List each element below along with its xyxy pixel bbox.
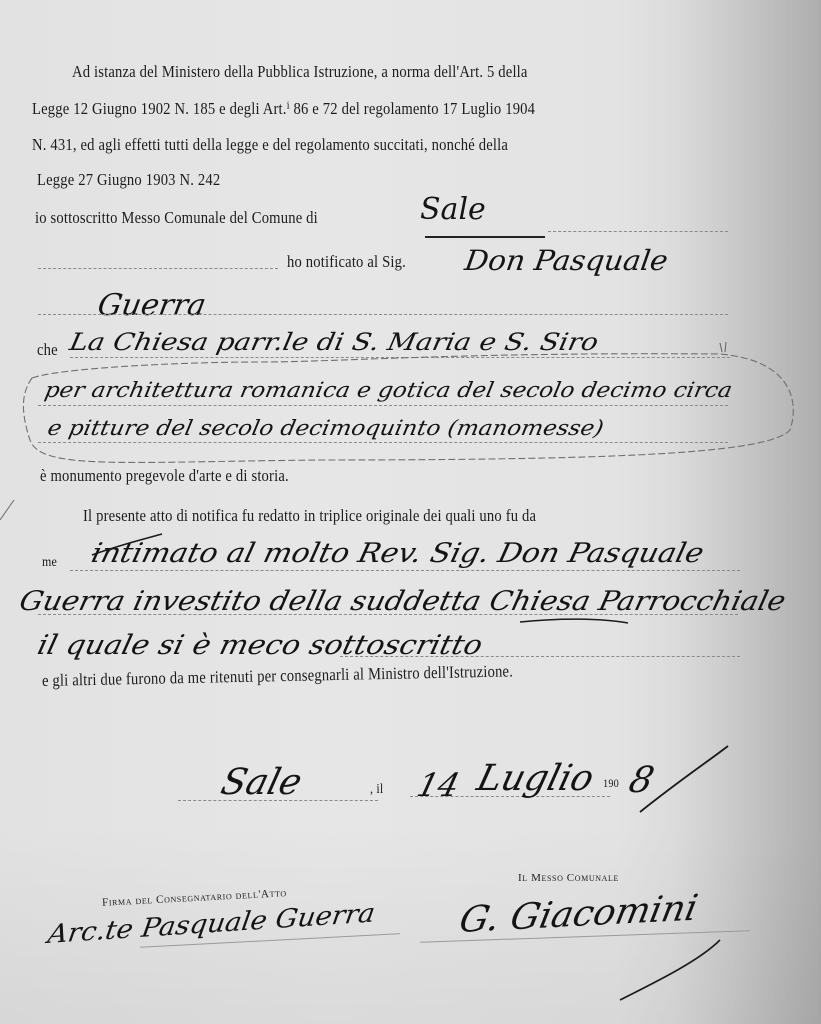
handwritten-me-line2: Guerra investito della suddetta Chiesa P… — [16, 586, 788, 617]
printed-date-il: , il — [370, 782, 383, 798]
messenger-signature-label: Il Messo Comunale — [518, 872, 619, 884]
me-rule-2 — [38, 614, 738, 615]
printed-line-8: Il presente atto di notifica fu redatto … — [83, 506, 536, 526]
printed-me: me — [42, 555, 57, 571]
printed-line-1: Ad istanza del Ministero della Pubblica … — [72, 62, 528, 82]
printed-line-3: N. 431, ed agli effetti tutti della legg… — [32, 135, 508, 155]
handwritten-comune: Sale — [420, 192, 486, 227]
handwritten-date-day: 14 — [413, 766, 463, 804]
handwritten-che-line1: La Chiesa parr.le di S. Maria e S. Siro — [67, 328, 601, 356]
che-rule-2 — [38, 405, 728, 406]
handwritten-che-line3: e pitture del secolo decimoquinto (manom… — [46, 416, 606, 440]
printed-line-6: ho notificato al Sig. — [287, 252, 406, 272]
paper-edge-shadow — [671, 0, 821, 1024]
handwritten-sig-line2: Guerra — [95, 288, 209, 323]
printed-line-9: e gli altri due furono da me ritenuti pe… — [42, 661, 513, 691]
me-rule-1 — [70, 570, 740, 571]
printed-line-7: è monumento pregevole d'arte e di storia… — [40, 466, 289, 486]
printed-line-4: Legge 27 Giugno 1903 N. 242 — [37, 170, 220, 190]
printed-date-year-prefix: 190 — [603, 776, 619, 791]
comune-rule — [548, 231, 728, 232]
sig-rule — [38, 314, 728, 315]
comune-underline — [425, 236, 545, 238]
handwritten-che-line2: per architettura romanica e gotica del s… — [43, 378, 735, 402]
printed-line-5: io sottoscritto Messo Comunale del Comun… — [35, 208, 318, 228]
printed-line-2: Legge 12 Giugno 1902 N. 185 e degli Art.… — [32, 99, 535, 119]
me-rule-3 — [340, 656, 740, 657]
handwritten-date-place: Sale — [217, 762, 306, 803]
che-rule-1 — [70, 357, 730, 358]
handwritten-sig-line1: Don Pasquale — [463, 244, 671, 277]
handwritten-date-month: Luglio — [473, 758, 598, 799]
che-rule-3 — [38, 442, 728, 443]
handwritten-date-year-suffix: 8 — [625, 760, 658, 801]
printed-che: che — [37, 340, 58, 360]
blank-rule — [38, 268, 278, 269]
handwritten-me-line1: intimato al molto Rev. Sig. Don Pasquale — [88, 538, 706, 569]
